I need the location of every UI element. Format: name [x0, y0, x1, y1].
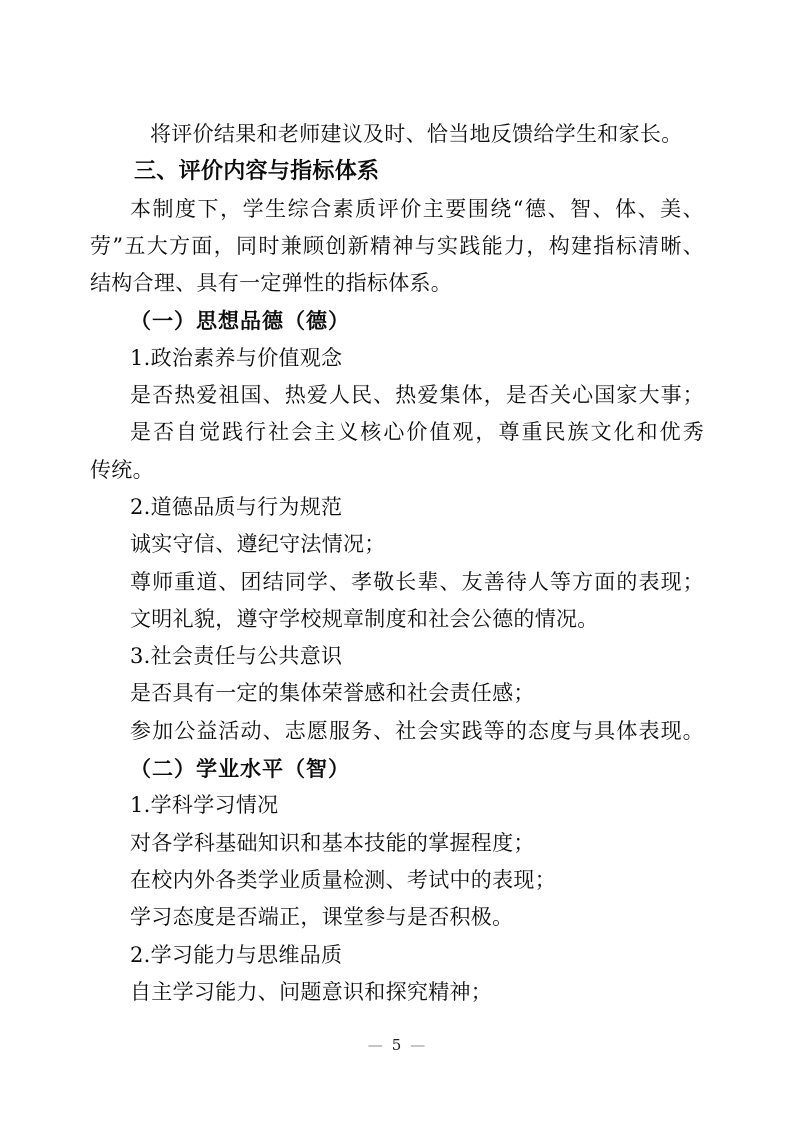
page-number: 5: [392, 1033, 402, 1057]
paragraph-line: 劳”五大方面，同时兼顾创新精神与实践能力，构建指标清晰、: [90, 228, 704, 265]
page-footer: —5—: [0, 1033, 793, 1057]
numbered-item-heading: 1.学科学习情况: [90, 787, 704, 824]
paragraph-line: 结构合理、具有一定弹性的指标体系。: [90, 265, 704, 302]
paragraph-line: 传统。: [90, 452, 704, 489]
paragraph-line: 是否热爱祖国、热爱人民、热爱集体，是否关心国家大事；: [90, 377, 704, 414]
paragraph-line: 参加公益活动、志愿服务、社会实践等的态度与具体表现。: [90, 713, 704, 750]
document-body: 将评价结果和老师建议及时、恰当地反馈给学生和家长。 三、评价内容与指标体系 本制…: [90, 116, 704, 1011]
numbered-item-heading: 3.社会责任与公共意识: [90, 638, 704, 675]
paragraph-line: 尊师重道、团结同学、孝敬长辈、友善待人等方面的表现；: [90, 564, 704, 601]
paragraph-line: 将评价结果和老师建议及时、恰当地反馈给学生和家长。: [90, 116, 704, 153]
paragraph-line: 自主学习能力、问题意识和探究精神；: [90, 974, 704, 1011]
paragraph-line: 学习态度是否端正，课堂参与是否积极。: [90, 899, 704, 936]
subsection-heading: （二）学业水平（智）: [90, 750, 704, 787]
paragraph-line: 是否具有一定的集体荣誉感和社会责任感；: [90, 675, 704, 712]
numbered-item-heading: 2.学习能力与思维品质: [90, 937, 704, 974]
paragraph-line: 对各学科基础知识和基本技能的掌握程度；: [90, 825, 704, 862]
section-heading: 三、评价内容与指标体系: [90, 153, 704, 190]
footer-dash-left: —: [368, 1036, 383, 1054]
numbered-item-heading: 1.政治素养与价值观念: [90, 340, 704, 377]
paragraph-line: 本制度下，学生综合素质评价主要围绕“德、智、体、美、: [90, 191, 704, 228]
numbered-item-heading: 2.道德品质与行为规范: [90, 489, 704, 526]
subsection-heading: （一）思想品德（德）: [90, 302, 704, 339]
paragraph-line: 在校内外各类学业质量检测、考试中的表现；: [90, 862, 704, 899]
document-page: 将评价结果和老师建议及时、恰当地反馈给学生和家长。 三、评价内容与指标体系 本制…: [0, 0, 793, 1122]
paragraph-line: 诚实守信、遵纪守法情况；: [90, 526, 704, 563]
paragraph-line: 是否自觉践行社会主义核心价值观，尊重民族文化和优秀: [90, 414, 704, 451]
footer-dash-right: —: [410, 1036, 425, 1054]
paragraph-line: 文明礼貌，遵守学校规章制度和社会公德的情况。: [90, 601, 704, 638]
